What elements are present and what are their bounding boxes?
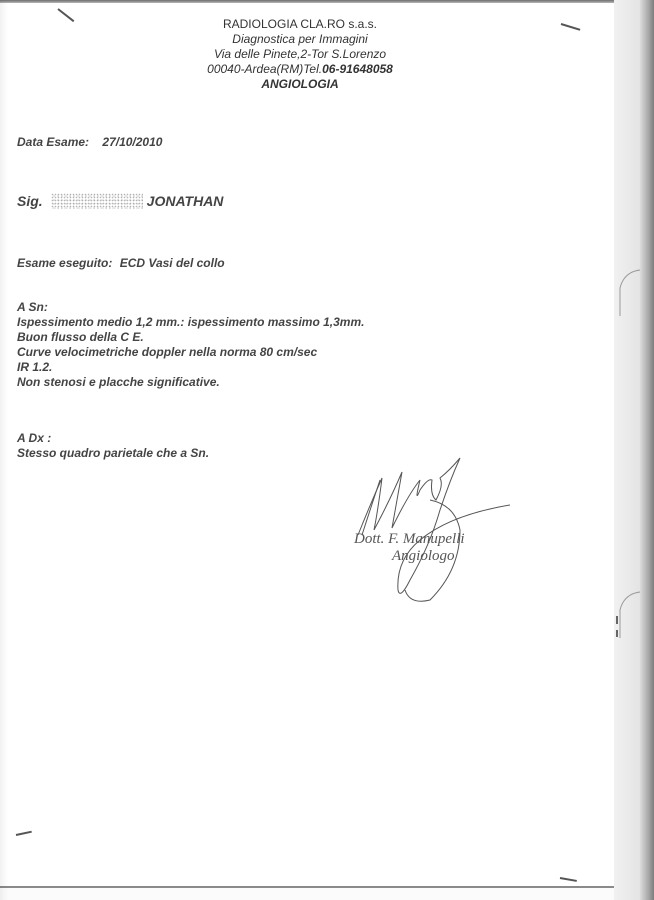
doctor-name: Dott. F. Manupelli [354, 531, 465, 548]
page-tab-curve-upper [612, 268, 642, 318]
page-bottom-edge [0, 886, 614, 888]
exam-date-label: Data Esame: [17, 135, 89, 149]
exam-date-row: Data Esame: 27/10/2010 [17, 135, 162, 150]
finding-line: Curve velocimetriche doppler nella norma… [17, 345, 364, 360]
redacted-surname [51, 193, 143, 209]
clinic-name: RADIOLOGIA CLA.RO s.a.s. [150, 17, 450, 32]
exam-date-value: 27/10/2010 [102, 135, 162, 149]
department: ANGIOLOGIA [150, 77, 450, 92]
patient-row: Sig.JONATHAN [17, 193, 223, 209]
edge-mark [616, 616, 618, 624]
finding-line: Ispessimento medio 1,2 mm.: ispessimento… [17, 315, 364, 330]
left-side-heading: A Sn: [17, 300, 364, 315]
handwritten-signature [340, 450, 540, 610]
finding-line: Buon flusso della C E. [17, 330, 364, 345]
edge-mark [616, 630, 618, 637]
scan-right-edge [640, 0, 654, 900]
patient-prefix: Sig. [17, 193, 43, 209]
left-side-findings: A Sn: Ispessimento medio 1,2 mm.: ispess… [17, 300, 364, 390]
clinic-contact: 00040-Ardea(RM)Tel.06-91648058 [150, 62, 450, 77]
clinic-subtitle: Diagnostica per Immagini [150, 32, 450, 47]
patient-name: JONATHAN [147, 193, 224, 209]
finding-line: Non stenosi e placche significative. [17, 375, 364, 390]
clinic-phone: 06-91648058 [322, 62, 393, 76]
exam-performed-label: Esame eseguito: [17, 256, 112, 270]
scan-left-shade [0, 0, 8, 900]
right-side-heading: A Dx : [17, 431, 209, 446]
clinic-address: Via delle Pinete,2-Tor S.Lorenzo [150, 47, 450, 62]
clinic-city: 00040-Ardea(RM)Tel. [207, 62, 322, 76]
right-side-findings: A Dx : Stesso quadro parietale che a Sn. [17, 431, 209, 461]
exam-performed-row: Esame eseguito: ECD Vasi del collo [17, 256, 225, 271]
underlying-page [614, 0, 640, 900]
doctor-role: Angiologo [392, 548, 455, 565]
finding-line: IR 1.2. [17, 360, 364, 375]
exam-performed-value: ECD Vasi del collo [120, 256, 225, 270]
finding-line: Stesso quadro parietale che a Sn. [17, 446, 209, 461]
letterhead: RADIOLOGIA CLA.RO s.a.s. Diagnostica per… [150, 17, 450, 92]
